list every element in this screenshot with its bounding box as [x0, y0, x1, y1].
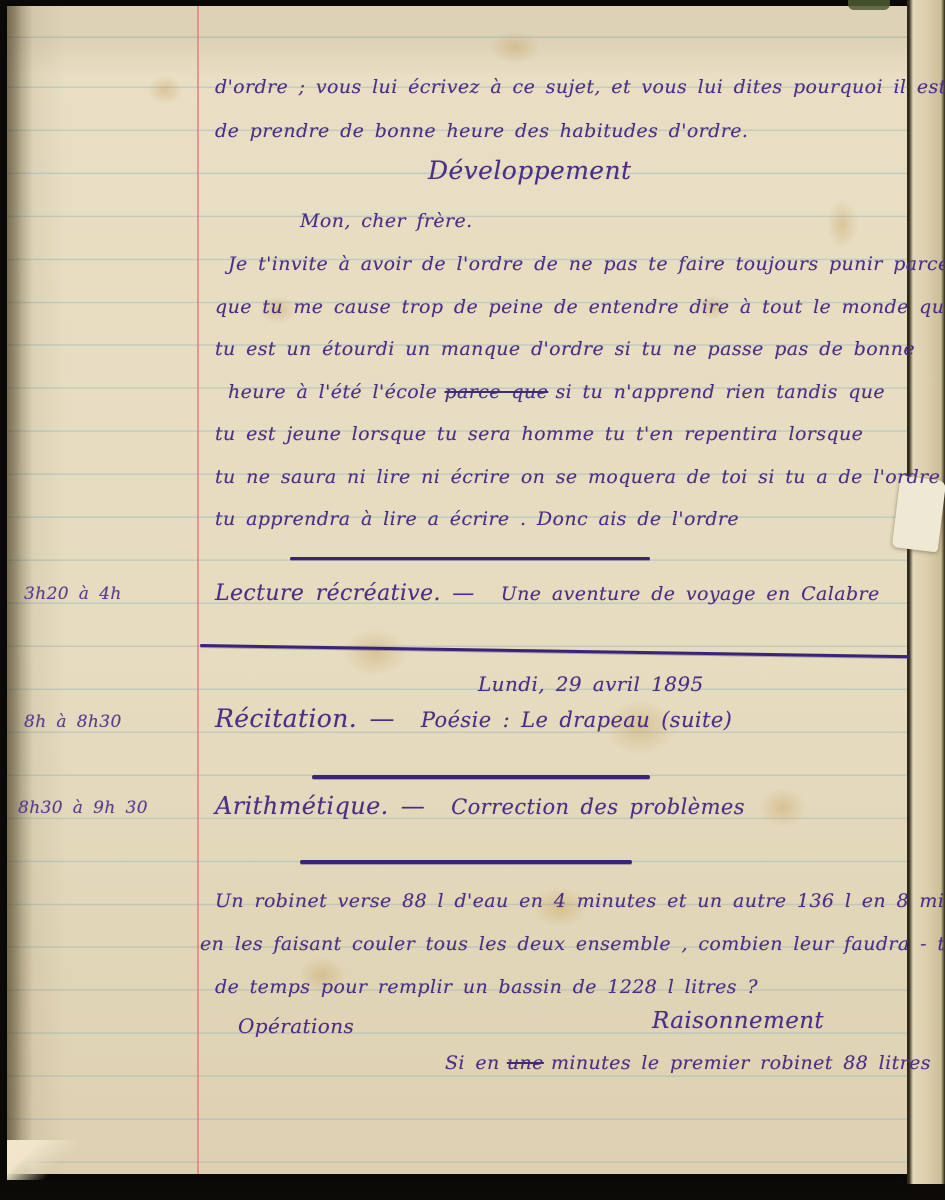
- stain: [750, 780, 815, 835]
- margin-time-arithmetic: 8h30 à 9h 30: [18, 798, 148, 818]
- handwriting-line-letter-1: d'ordre ; vous lui écrivez à ce sujet, e…: [215, 76, 945, 98]
- entry-lecture: Lecture récréative. —Une aventure de voy…: [215, 581, 880, 606]
- essay-salutation: Mon, cher frère.: [300, 210, 473, 232]
- handwriting-line-letter-2: de prendre de bonne heure des habitudes …: [215, 120, 748, 142]
- entry-arithmetic-detail: Correction des problèmes: [451, 795, 745, 819]
- entry-recitation-detail: Poésie : Le drapeau (suite): [421, 708, 732, 732]
- bottom-corner-fold: [7, 1140, 77, 1180]
- stain: [330, 620, 420, 685]
- essay-heading: Développement: [428, 156, 631, 185]
- essay-line-4-struck-word: parce que: [444, 381, 548, 403]
- essay-line-5: tu est jeune lorsque tu sera homme tu t'…: [215, 423, 863, 445]
- entry-lecture-subject: Lecture récréative. —: [215, 581, 475, 606]
- reasoning-label: Raisonnement: [652, 1008, 824, 1034]
- solution-line-1: Si enuneminutes le premier robinet 88 li…: [445, 1052, 931, 1074]
- solution-struck-word: une: [507, 1052, 544, 1074]
- entry-lecture-detail: Une aventure de voyage en Calabre: [501, 583, 880, 605]
- problem-line-3: de temps pour remplir un bassin de 1228 …: [215, 976, 758, 998]
- essay-line-4-pre: heure à l'été l'école: [228, 381, 437, 403]
- essay-line-3: tu est un étourdi un manque d'ordre si t…: [215, 338, 915, 360]
- essay-line-4: heure à l'été l'écoleparce quesi tu n'ap…: [228, 381, 885, 403]
- section-divider-3: [312, 775, 650, 779]
- section-divider-4: [300, 860, 632, 864]
- date-line: Lundi, 29 avril 1895: [478, 672, 704, 696]
- operations-label: Opérations: [238, 1014, 354, 1038]
- notebook-page-photo: d'ordre ; vous lui écrivez à ce sujet, e…: [0, 0, 945, 1200]
- section-divider-1: [290, 557, 650, 560]
- entry-recitation-subject: Récitation. —: [215, 704, 395, 733]
- entry-recitation: Récitation. —Poésie : Le drapeau (suite): [215, 704, 732, 733]
- essay-line-6: tu ne saura ni lire ni écrire on se moqu…: [215, 466, 940, 488]
- entry-arithmetic-subject: Arithmétique. —: [215, 792, 425, 820]
- solution-pre: Si en: [445, 1052, 500, 1074]
- solution-post: minutes le premier robinet 88 litres: [551, 1052, 931, 1074]
- essay-line-4-post: si tu n'apprend rien tandis que: [555, 381, 885, 403]
- binding-remnant: [848, 0, 890, 10]
- essay-line-2: que tu me cause trop de peine de entendr…: [215, 296, 945, 318]
- stain: [820, 190, 865, 260]
- entry-arithmetic: Arithmétique. —Correction des problèmes: [215, 792, 745, 820]
- essay-line-7: tu apprendra à lire a écrire . Donc ais …: [215, 508, 739, 530]
- margin-time-lecture: 3h20 à 4h: [24, 584, 122, 604]
- essay-line-1: Je t'invite à avoir de l'ordre de ne pas…: [228, 253, 945, 275]
- page-edge-right: [907, 0, 945, 1184]
- problem-line-1: Un robinet verse 88 l d'eau en 4 minutes…: [215, 890, 945, 912]
- stain: [140, 70, 190, 110]
- problem-line-2: en les faisant couler tous les deux ense…: [200, 933, 945, 955]
- red-margin-line: [197, 6, 199, 1174]
- margin-time-recitation: 8h à 8h30: [24, 712, 122, 732]
- stain: [480, 25, 550, 70]
